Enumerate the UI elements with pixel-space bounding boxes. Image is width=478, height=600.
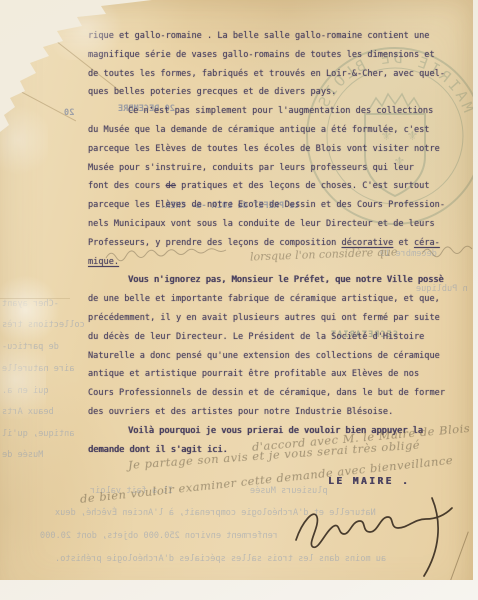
text-segment: Professeurs, y prendre des leçons de com… xyxy=(88,238,342,248)
typed-line: précédemment, il y en avait plusieurs au… xyxy=(88,313,478,332)
typed-line: Ce n'est pas simplement pour l'augmentat… xyxy=(128,106,478,125)
text-segment: antique et artistique pourrait être prof… xyxy=(88,369,419,379)
text-segment: nels Municipaux vont sous la conduite de… xyxy=(88,219,435,229)
text-segment: de xyxy=(166,181,176,191)
mayor-signature xyxy=(290,492,465,582)
text-segment: Musée pour s'instruire, conduits par leu… xyxy=(88,163,414,173)
text-segment: Naturelle a donc pensé qu'une extension … xyxy=(88,351,440,361)
typed-line: de une belle et importante fabrique de c… xyxy=(88,294,478,313)
text-segment: des ouvriers et des artistes pour notre … xyxy=(88,407,393,417)
text-segment: rique et gallo-romaine . La belle salle … xyxy=(88,31,429,41)
typed-line: Musée pour s'instruire, conduits par leu… xyxy=(88,163,478,182)
text-segment: du décès de leur Directeur. Le Président… xyxy=(88,332,424,342)
typed-line: ques belles poteries grecques et de dive… xyxy=(88,87,478,106)
text-segment: de toutes les formes, fabriqués et trouv… xyxy=(88,69,445,79)
typed-line: du Musée que la demande de céramique ant… xyxy=(88,125,478,144)
typed-line: parceque les Elèves de toutes les écoles… xyxy=(88,144,478,163)
letter-paper: MAIRIE DE BLOIS ⚜ ⚜ ⚜ 20 DECEMBRE20le PR… xyxy=(0,0,478,600)
typed-line: font des cours de pratiques et des leçon… xyxy=(88,181,478,200)
typed-line: de toutes les formes, fabriqués et trouv… xyxy=(88,69,478,88)
text-segment: Ce n'est pas simplement pour l'augmentat… xyxy=(128,106,433,116)
typed-line: Naturelle a donc pensé qu'une extension … xyxy=(88,351,478,370)
text-segment: pratiques et des leçons de choses. C'est… xyxy=(176,181,430,191)
text-segment: du Musée que la demande de céramique ant… xyxy=(88,125,429,135)
typed-line: antique et artistique pourrait être prof… xyxy=(88,369,478,388)
text-segment: de une belle et importante fabrique de c… xyxy=(88,294,440,304)
typed-line: magnifique série de vases gallo-romains … xyxy=(88,50,478,69)
showthrough-text: renferment environ 250.000 objets, dont … xyxy=(40,531,278,541)
typed-line: nels Municipaux vont sous la conduite de… xyxy=(88,219,478,238)
illegible-scribble xyxy=(420,244,472,260)
text-segment: ques belles poteries grecques et de dive… xyxy=(88,87,336,97)
text-segment: précédemment, il y en avait plusieurs au… xyxy=(88,313,440,323)
typed-line: Cours Professionnels de dessin et de cér… xyxy=(88,388,478,407)
typed-line: Vous n'ignorez pas, Monsieur le Préfet, … xyxy=(128,275,478,294)
letter-scan: MAIRIE DE BLOIS ⚜ ⚜ ⚜ 20 DECEMBRE20le PR… xyxy=(0,0,478,600)
text-segment: magnifique série de vases gallo-romains … xyxy=(88,50,435,60)
typed-line: des ouvriers et des artistes pour notre … xyxy=(88,407,478,426)
illegible-scribble xyxy=(104,248,246,264)
text-segment: font des cours xyxy=(88,181,166,191)
text-segment: parceque les Elèves de toutes les écoles… xyxy=(88,144,440,154)
typed-line: du décès de leur Directeur. Le Président… xyxy=(88,332,478,351)
text-segment: Vous n'ignorez pas, Monsieur le Préfet, … xyxy=(128,275,444,285)
text-segment: Cours Professionnels de dessin et de cér… xyxy=(88,388,445,398)
typed-line: parceque les Elèves de notre Ecole de De… xyxy=(88,200,478,219)
text-segment: parceque les Elèves de notre Ecole de De… xyxy=(88,200,445,210)
typed-line: rique et gallo-romaine . La belle salle … xyxy=(88,31,478,50)
